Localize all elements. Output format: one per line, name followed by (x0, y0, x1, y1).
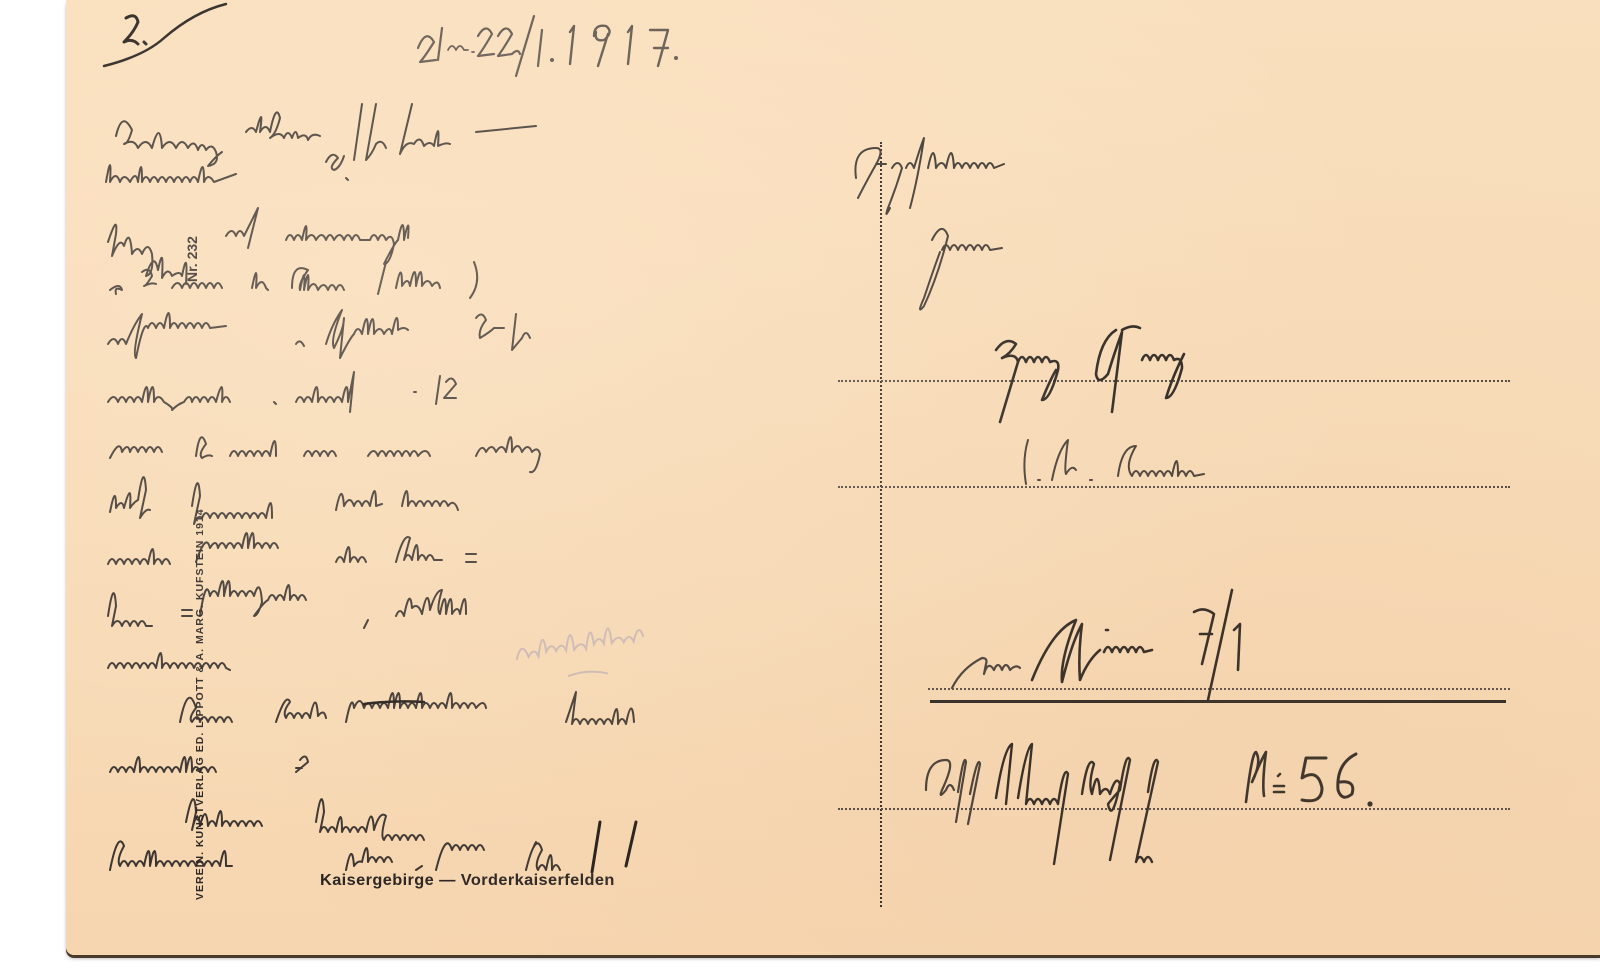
postcard: 2. 21 u. 22/I. 1917 (66, 0, 1600, 955)
address-city-underline (930, 700, 1506, 703)
address-rank: k. k. Leutnant (1008, 420, 1348, 500)
page-number-mark: 2. (86, 4, 246, 74)
printed-caption: Kaisergebirge — Vorderkaiserfelden (320, 872, 615, 890)
address-title: Herrn (902, 210, 1082, 320)
date: 21 u. 22/I. 1917 (414, 8, 734, 78)
address-street: Schottenfeldgasse N° 56. (886, 732, 1506, 852)
address-city: in Wien 7/1 (936, 590, 1356, 700)
card-number: Nr. 232 (184, 236, 200, 282)
message-body: Rodelbegnung d. Schnee sehr stark betrie… (96, 92, 836, 872)
center-divider (880, 142, 882, 907)
address-name: Franz Ohung (966, 320, 1306, 430)
publisher-imprint: VEREIN. KUNSTVERLAG ED. LIPPOTT & A. MAR… (194, 508, 206, 900)
